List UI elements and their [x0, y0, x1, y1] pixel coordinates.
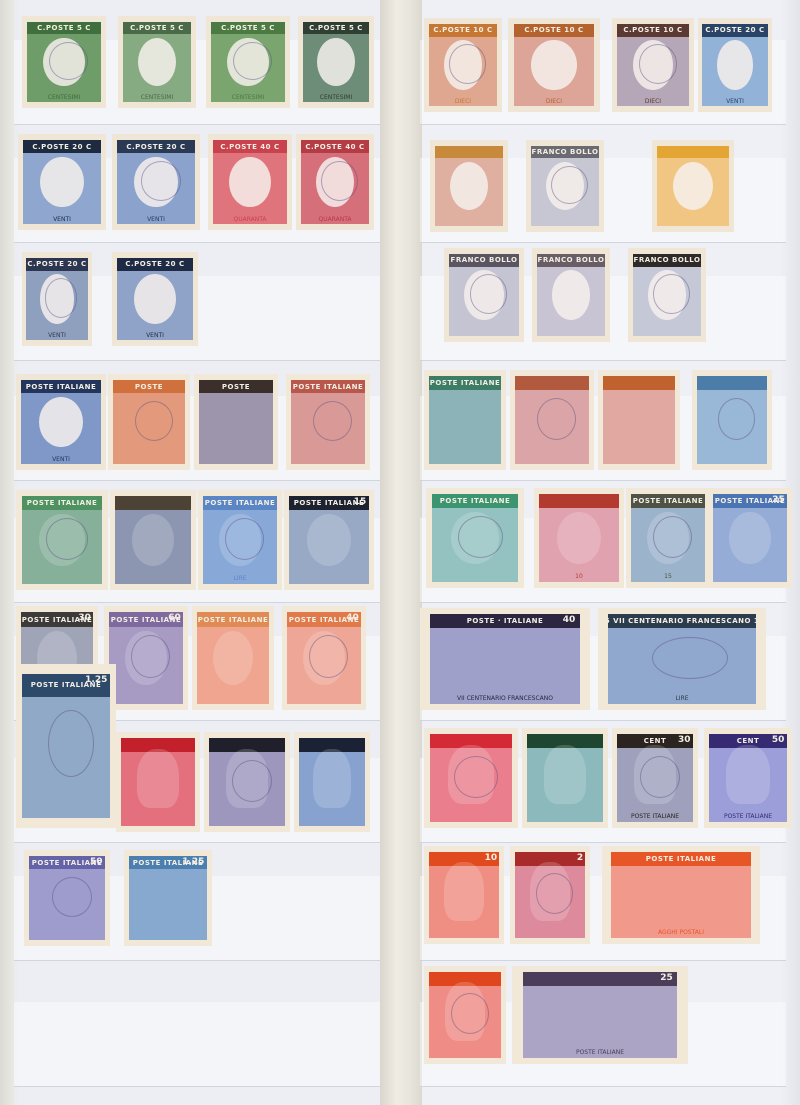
stamp-design	[429, 972, 501, 1058]
stamp-top-inscription: POSTE ITALIANE	[21, 380, 100, 394]
stamp-design: POSTE ITALIANE	[429, 376, 501, 464]
stamp-design	[657, 146, 729, 227]
stamp-bottom-inscription: CENTESIMI	[123, 93, 192, 103]
stamp-value: 10	[485, 853, 498, 863]
stamp	[424, 966, 506, 1064]
stamp-top-inscription: C.POSTE 10 C	[429, 24, 498, 37]
postmark-cancel	[449, 44, 485, 83]
postmark-cancel	[718, 398, 755, 440]
stamp-bottom-inscription	[22, 801, 110, 818]
stamp: FRANCO BOLLO	[532, 248, 610, 342]
postmark-cancel	[225, 518, 264, 560]
stamp: POSTE · ITALIANE40VII CENTENARIO FRANCES…	[420, 608, 590, 710]
stamp	[430, 140, 508, 232]
stamp: POSTE ITALIANELIRE	[198, 490, 282, 590]
postmark-cancel	[313, 401, 352, 441]
stamp-portrait	[137, 749, 178, 809]
stamp-design: CENT50POSTE ITALIANE	[709, 734, 786, 822]
stamp-top-inscription: POSTE ITALIANE	[631, 494, 705, 508]
stamp: C.POSTE 20 CVENTI	[112, 252, 198, 346]
stamp-design: POSTE ITALIANE40	[287, 612, 361, 704]
stamp: C.POSTE 10 CDIECI	[424, 18, 502, 112]
stamp-design	[209, 738, 285, 826]
stamp-bottom-inscription	[515, 928, 585, 938]
stamp-design: 25POSTE ITALIANE	[523, 972, 678, 1058]
stamp-bottom-inscription: 15	[631, 571, 705, 582]
stamp: POSTE ITALIANE	[426, 488, 524, 588]
stamp-design	[430, 734, 513, 822]
stamp-top-inscription: POSTE ITALIANE	[203, 496, 277, 510]
stamp-portrait	[313, 749, 350, 809]
stamp-design: POSTE ITALIANE	[291, 380, 365, 465]
postmark-cancel	[451, 993, 489, 1034]
stamp-bottom-inscription: DIECI	[514, 96, 595, 106]
stamp-top-inscription: C.POSTE 5 C	[123, 22, 192, 35]
stamp-top-inscription: POSTE ITALIANE	[611, 852, 750, 866]
stamp-design	[121, 738, 195, 826]
stamp: POSTE ITALIANE60	[104, 606, 188, 710]
page-left-edge	[0, 0, 14, 1105]
stamp-top-inscription: C.POSTE 5 C	[303, 22, 370, 35]
stamp: POSTE ITALIANE15	[626, 488, 710, 588]
stamp: C.POSTE 40 CQUARANTA	[208, 134, 292, 230]
stamp-bottom-inscription: VENTI	[26, 330, 88, 340]
stamp: C.POSTE 5 CCENTESIMI	[206, 16, 290, 108]
stamp-portrait	[39, 397, 83, 448]
stamp-design: C.POSTE 5 CCENTESIMI	[123, 22, 192, 103]
stamp-value: 60	[168, 613, 181, 623]
stamp-top-inscription: POSTE ITALIANE	[22, 496, 103, 510]
stamp-design: POSTE ITALIANEAGGHI POSTALI	[611, 852, 750, 938]
postmark-cancel	[46, 518, 88, 560]
stamp-value: 30	[78, 613, 91, 623]
stamp: C.POSTE 10 CDIECI	[508, 18, 600, 112]
stamp-top-inscription: C.POSTE 40 C	[213, 140, 287, 154]
postmark-cancel	[233, 42, 272, 80]
stamp-portrait	[729, 512, 770, 565]
stamp-design: POSTE ITALIANE15	[631, 494, 705, 582]
stamp-design	[435, 146, 504, 227]
stamp	[522, 728, 608, 828]
stamp-value: 40	[346, 613, 359, 623]
stamp-design: FRANCO BOLLO	[449, 254, 519, 337]
stamp-design: POSTE ITALIANE50	[29, 856, 105, 941]
stamp-top-inscription: C.POSTE 20 C	[23, 140, 100, 154]
stamp-design: POSTE ITALIANE60	[109, 612, 183, 704]
stamp-design: POSTE	[113, 380, 185, 465]
stamp-design: C.POSTE 10 CDIECI	[514, 24, 595, 107]
stamp-top-inscription: POSTE	[113, 380, 185, 394]
stamp: C.POSTE 5 CCENTESIMI	[298, 16, 374, 108]
stamp-top-inscription	[523, 972, 678, 986]
stamp	[424, 728, 518, 828]
stamp-design: POSTE ITALIANE15	[289, 496, 368, 584]
stamp: POSTE ITALIANE1.25	[16, 664, 116, 828]
stamp-design	[299, 738, 366, 826]
postmark-cancel	[52, 877, 92, 917]
stamp-bottom-inscription: AGGHI POSTALI	[611, 928, 750, 938]
postmark-cancel	[639, 44, 677, 83]
stamp-portrait	[307, 514, 351, 567]
stamp-bottom-inscription	[657, 217, 729, 227]
stamp: POSTE ITALIANE	[192, 606, 274, 710]
stamp: POSTE	[108, 374, 190, 470]
stamp-portrait	[317, 38, 354, 87]
stamp-design: FRANCO BOLLO	[531, 146, 600, 227]
stamp-bottom-inscription: LIRE	[203, 573, 277, 584]
stamp-value: 15	[354, 497, 367, 507]
stamp: POSTE ITALIANEAGGHI POSTALI	[602, 846, 760, 944]
stamp-bottom-inscription	[603, 453, 675, 464]
stamp: POSTE ITALIANE25	[708, 488, 792, 588]
stamp-bottom-inscription	[113, 454, 185, 464]
postmark-cancel	[454, 756, 497, 798]
stamp-portrait	[726, 745, 769, 805]
stamp-bottom-inscription	[121, 815, 195, 826]
stamp-bottom-inscription	[287, 693, 361, 704]
postmark-cancel	[232, 760, 272, 802]
stamp-bottom-inscription: VENTI	[117, 214, 194, 224]
stamp-bottom-inscription: CENTESIMI	[27, 93, 101, 103]
stamp-bottom-inscription	[527, 811, 603, 822]
stamp: POSTE ITALIANE40	[282, 606, 366, 710]
stamp: POSTE ITALIANE	[286, 374, 370, 470]
postmark-cancel	[551, 166, 587, 204]
stamp-top-inscription: POSTE ITALIANE	[429, 376, 501, 390]
postmark-cancel	[536, 873, 573, 914]
postmark-cancel	[48, 710, 94, 777]
stamp-bottom-inscription	[531, 217, 600, 227]
stamp-portrait	[229, 157, 270, 208]
stamp-top-inscription: C.POSTE 20 C	[26, 258, 88, 271]
stamp: 1226 VII CENTENARIO FRANCESCANO 1926LIRE	[598, 608, 766, 710]
stamp-bottom-inscription	[197, 693, 269, 704]
stamp-bottom-inscription: POSTE ITALIANE	[523, 1048, 678, 1058]
postmark-cancel	[537, 398, 576, 440]
stockbook-page: C.POSTE 5 CCENTESIMIC.POSTE 5 CCENTESIMI…	[0, 0, 800, 1105]
stamp-design: POSTE · ITALIANE40VII CENTENARIO FRANCES…	[430, 614, 580, 704]
stamp-bottom-inscription: 10	[539, 571, 618, 582]
stamp-top-inscription	[515, 376, 589, 390]
stamp-portrait	[717, 40, 754, 90]
stamp-portrait	[132, 514, 174, 567]
stamp	[204, 732, 290, 832]
stamp-bottom-inscription: LIRE	[608, 693, 756, 704]
stamp-top-inscription	[697, 376, 767, 390]
stamp-bottom-inscription	[430, 811, 513, 822]
stamp-bottom-inscription: DIECI	[617, 96, 689, 106]
postmark-cancel	[141, 161, 182, 201]
stamp-bottom-inscription	[449, 326, 519, 336]
postmark-cancel	[652, 637, 728, 679]
stamp-bottom-inscription	[429, 453, 501, 464]
stamp-portrait	[673, 162, 713, 211]
stamp-value: 2	[577, 853, 583, 863]
stamp-value: 1.25	[85, 675, 107, 685]
stamp-portrait	[557, 512, 601, 565]
stamp-top-inscription	[657, 146, 729, 159]
stamp-design: C.POSTE 10 CDIECI	[617, 24, 689, 107]
stamp-design: 10	[429, 852, 499, 938]
postmark-cancel	[309, 635, 348, 678]
stamp: C.POSTE 40 CQUARANTA	[296, 134, 374, 230]
stamp-portrait	[531, 40, 576, 90]
stamp: C.POSTE 5 CCENTESIMI	[118, 16, 196, 108]
stamp-top-inscription: FRANCO BOLLO	[633, 254, 702, 267]
stamp-bottom-inscription	[435, 217, 504, 227]
stamp-top-inscription: C.POSTE 20 C	[117, 258, 193, 271]
stamp-bottom-inscription	[209, 815, 285, 826]
stamp: FRANCO BOLLO	[444, 248, 524, 342]
stamp-design: C.POSTE 5 CCENTESIMI	[27, 22, 101, 103]
stamp-top-inscription: FRANCO BOLLO	[531, 146, 600, 159]
stamp-design: C.POSTE 20 CVENTI	[117, 140, 194, 225]
stamp: POSTE ITALIANE1.25	[124, 850, 212, 946]
stamp-bottom-inscription	[29, 930, 105, 940]
stamp: POSTE ITALIANE15	[284, 490, 374, 590]
stamp: 25POSTE ITALIANE	[512, 966, 688, 1064]
stamp-value: 40	[563, 615, 576, 625]
stamp-design: POSTE ITALIANELIRE	[203, 496, 277, 584]
stamp-portrait	[552, 270, 590, 320]
postmark-cancel	[470, 274, 507, 313]
postmark-cancel	[458, 516, 503, 558]
stamp: POSTE ITALIANE	[16, 490, 108, 590]
stamp-bottom-inscription	[22, 573, 103, 584]
postmark-cancel	[49, 42, 88, 80]
stamp	[294, 732, 370, 832]
stamp-portrait	[444, 862, 483, 921]
stamp-design: POSTE ITALIANE25	[713, 494, 787, 582]
stamp: C.POSTE 20 CVENTI	[18, 134, 106, 230]
postmark-cancel	[45, 278, 78, 317]
stamp: C.POSTE 5 CCENTESIMI	[22, 16, 106, 108]
stamp	[510, 370, 594, 470]
stamp-bottom-inscription	[115, 573, 191, 584]
stamp: C.POSTE 20 CVENTI	[112, 134, 200, 230]
stamp-top-inscription: FRANCO BOLLO	[537, 254, 606, 267]
stamp-top-inscription: C.POSTE 5 C	[27, 22, 101, 35]
stamp: POSTE ITALIANEVENTI	[16, 374, 106, 470]
postmark-cancel	[135, 401, 173, 441]
postmark-cancel	[653, 516, 692, 558]
stamp-design: 2	[515, 852, 585, 938]
stamp-bottom-inscription: DIECI	[429, 96, 498, 106]
stamp: POSTE	[194, 374, 278, 470]
stamp-bottom-inscription: QUARANTA	[213, 214, 287, 224]
stamp-top-inscription	[603, 376, 675, 390]
stamp	[692, 370, 772, 470]
stamp-design: 10	[539, 494, 618, 582]
stamp-bottom-inscription	[432, 571, 518, 582]
stamp-top-inscription: FRANCO BOLLO	[449, 254, 519, 267]
stamp-top-inscription: C.POSTE 5 C	[211, 22, 285, 35]
stamp-design: CENT30POSTE ITALIANE	[617, 734, 693, 822]
stamp-design	[527, 734, 603, 822]
stamp-top-inscription: POSTE	[199, 380, 273, 394]
stamp: C.POSTE 20 CVENTI	[698, 18, 772, 112]
stockbook-binding	[380, 0, 422, 1105]
stamp-top-inscription: C.POSTE 20 C	[117, 140, 194, 154]
stamp: POSTE ITALIANE	[424, 370, 506, 470]
stamp-bottom-inscription	[291, 454, 365, 464]
stamp-bottom-inscription	[109, 693, 183, 704]
postmark-cancel	[640, 756, 680, 798]
stamp-bottom-inscription	[289, 573, 368, 584]
stamp-design: POSTE ITALIANE1.25	[22, 674, 110, 818]
stamp-value: 25	[660, 973, 673, 983]
stamp-portrait	[138, 38, 176, 87]
stamp-portrait	[213, 631, 253, 686]
stamp-top-inscription: C.POSTE 20 C	[702, 24, 767, 37]
stamp-bottom-inscription	[199, 454, 273, 464]
stamp-design: 1226 VII CENTENARIO FRANCESCANO 1926LIRE	[608, 614, 756, 704]
stamp-bottom-inscription: VENTI	[21, 454, 100, 464]
stamp-bottom-inscription	[429, 928, 499, 938]
stamp-design: POSTE ITALIANEVENTI	[21, 380, 100, 465]
stamp-bottom-inscription: POSTE ITALIANE	[617, 811, 693, 822]
stamp-top-inscription: POSTE ITALIANE	[197, 612, 269, 627]
stamp-top-inscription: 1226 VII CENTENARIO FRANCESCANO 1926	[608, 614, 756, 628]
stamp: C.POSTE 10 CDIECI	[612, 18, 694, 112]
postmark-cancel	[131, 635, 170, 678]
stamp-design	[115, 496, 191, 584]
stamp-top-inscription	[539, 494, 618, 508]
stamp-design: C.POSTE 20 CVENTI	[23, 140, 100, 225]
stamp-design: POSTE ITALIANE	[197, 612, 269, 704]
stamp-design: FRANCO BOLLO	[633, 254, 702, 337]
stamp-bottom-inscription	[633, 326, 702, 336]
stamp-portrait	[544, 745, 586, 805]
stamp-bottom-inscription: POSTE ITALIANE	[709, 811, 786, 822]
stamp-portrait	[450, 162, 488, 211]
stamp-bottom-inscription	[713, 571, 787, 582]
stamp-bottom-inscription: VENTI	[117, 330, 193, 340]
stamp-top-inscription: C.POSTE 10 C	[617, 24, 689, 37]
stamp-design: POSTE ITALIANE	[22, 496, 103, 584]
stamp-bottom-inscription: VENTI	[702, 96, 767, 106]
stamp-top-inscription	[115, 496, 191, 510]
stamp: 10	[534, 488, 624, 588]
stamp-design	[697, 376, 767, 464]
stamp-portrait	[40, 157, 83, 208]
stamp-bottom-inscription	[697, 453, 767, 464]
left-glassine-pocket	[14, 1002, 380, 1087]
stamp	[110, 490, 196, 590]
stamp: C.POSTE 20 CVENTI	[22, 252, 92, 346]
stamp-value: 50	[90, 857, 103, 867]
stamp: FRANCO BOLLO	[526, 140, 604, 232]
stamp: POSTE ITALIANE50	[24, 850, 110, 946]
stamp-portrait	[134, 274, 176, 324]
stamp-value: 25	[772, 495, 785, 505]
stamp-design: C.POSTE 40 CQUARANTA	[301, 140, 370, 225]
stamp-design: FRANCO BOLLO	[537, 254, 606, 337]
stamp: 2	[510, 846, 590, 944]
stamp: CENT50POSTE ITALIANE	[704, 728, 792, 828]
stamp-top-inscription: POSTE ITALIANE	[432, 494, 518, 508]
stamp-bottom-inscription: VII CENTENARIO FRANCESCANO	[430, 693, 580, 704]
stamp-value: 50	[772, 735, 785, 745]
stamp	[652, 140, 734, 232]
stamp-bottom-inscription	[537, 326, 606, 336]
stamp-design: POSTE	[199, 380, 273, 465]
stamp-bottom-inscription: CENTESIMI	[303, 93, 370, 103]
stamp: FRANCO BOLLO	[628, 248, 706, 342]
stamp-top-inscription	[435, 146, 504, 159]
stamp-design: C.POSTE 20 CVENTI	[702, 24, 767, 107]
stamp-design: C.POSTE 5 CCENTESIMI	[303, 22, 370, 103]
stamp-bottom-inscription: QUARANTA	[301, 214, 370, 224]
stamp-bottom-inscription: CENTESIMI	[211, 93, 285, 103]
stamp-bottom-inscription	[129, 930, 206, 940]
stamp-top-inscription: C.POSTE 40 C	[301, 140, 370, 154]
stamp-top-inscription: POSTE · ITALIANE	[430, 614, 580, 628]
stamp-bottom-inscription: VENTI	[23, 214, 100, 224]
stamp: 10	[424, 846, 504, 944]
stamp-bottom-inscription	[429, 1048, 501, 1058]
stamp-value: 1.25	[182, 857, 204, 867]
stamp-bottom-inscription	[299, 815, 366, 826]
stamp-design: C.POSTE 40 CQUARANTA	[213, 140, 287, 225]
stamp-design: POSTE ITALIANE	[432, 494, 518, 582]
postmark-cancel	[321, 161, 357, 201]
stamp-design: C.POSTE 5 CCENTESIMI	[211, 22, 285, 103]
postmark-cancel	[653, 274, 689, 313]
stamp	[116, 732, 200, 832]
stamp	[598, 370, 680, 470]
stamp-top-inscription: POSTE ITALIANE	[291, 380, 365, 394]
stamp-design	[603, 376, 675, 464]
stamp-design	[515, 376, 589, 464]
stamp-bottom-inscription	[515, 453, 589, 464]
stamp-top-inscription: C.POSTE 10 C	[514, 24, 595, 37]
stamp-design: C.POSTE 20 CVENTI	[117, 258, 193, 341]
stamp-design: C.POSTE 20 CVENTI	[26, 258, 88, 341]
stamp-design: C.POSTE 10 CDIECI	[429, 24, 498, 107]
stamp-value: 30	[678, 735, 691, 745]
stamp-design: POSTE ITALIANE1.25	[129, 856, 206, 941]
stamp: CENT30POSTE ITALIANE	[612, 728, 698, 828]
